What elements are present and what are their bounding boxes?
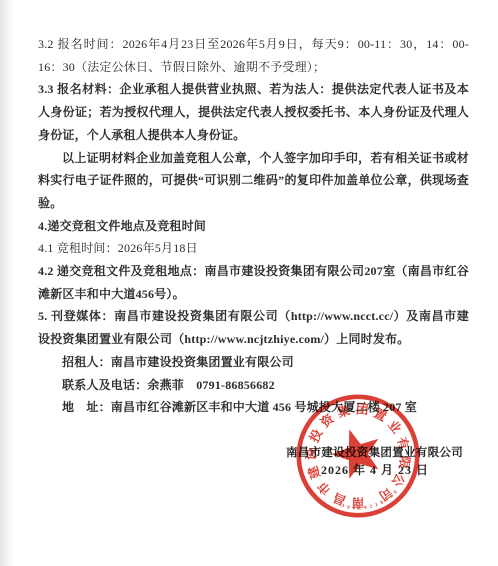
svg-text:昌: 昌 <box>331 490 348 508</box>
svg-text:市: 市 <box>314 478 334 498</box>
para-3-2-registration-time: 3.2 报名时间：2026年4月23日至2026年5月9日，每天9：00-11：… <box>38 33 469 78</box>
signature-date: 2026 年 4 月 23 日 <box>286 461 464 478</box>
svg-text:业: 业 <box>385 418 404 437</box>
scan-edge-artifact <box>0 0 15 566</box>
heading-4-submission: 4.递交竞租文件地点及竞租时间 <box>38 215 469 238</box>
svg-text:司: 司 <box>376 484 394 503</box>
svg-text:1: 1 <box>385 497 390 503</box>
seal-serial-number: 06181291093 <box>339 486 401 519</box>
svg-text:8: 8 <box>380 500 385 506</box>
svg-text:9: 9 <box>364 506 368 511</box>
svg-text:9: 9 <box>346 505 350 510</box>
svg-text:1: 1 <box>375 503 380 509</box>
para-contact-person-phone: 联系人及电话：余燕菲 0791-86856682 <box>38 374 469 397</box>
svg-text:3: 3 <box>341 504 345 510</box>
svg-text:6: 6 <box>389 494 395 500</box>
svg-text:投: 投 <box>306 426 325 444</box>
para-4-1-bidding-time: 4.1 竞租时间：2026年5月18日 <box>38 237 469 260</box>
para-lessor: 招租人：南昌市建设投资集团置业有限公司 <box>38 351 469 374</box>
para-5-publication-media: 5. 刊登媒体：南昌市建设投资集团有限公司（http://www.ncct.cc… <box>38 305 469 350</box>
para-address: 地 址：南昌市红谷滩新区丰和中大道 456 号城投大厦二楼 207 室 <box>38 396 469 419</box>
para-3-3-registration-materials: 3.3 报名材料：企业承租人提供营业执照、若为法人：提供法定代表人证书及本人身份… <box>38 78 469 146</box>
para-seal-requirement: 以上证明材料企业加盖竞租人公章，个人签字加印手印，若有相关证书或材料实行电子证件… <box>38 147 469 215</box>
svg-text:2: 2 <box>369 504 373 510</box>
svg-text:0: 0 <box>352 506 355 511</box>
signature-company-name: 南昌市建设投资集团置业有限公司 <box>286 444 464 460</box>
document-body: 3.2 报名时间：2026年4月23日至2026年5月9日，每天9：00-11：… <box>38 33 469 419</box>
svg-text:南: 南 <box>351 496 364 511</box>
svg-text:0: 0 <box>393 490 399 496</box>
para-4-2-submission-location: 4.2 递交竞租文件及竞租地点：南昌市建设投资集团有限公司207室（南昌市红谷滩… <box>38 260 469 305</box>
document-page: 3.2 报名时间：2026年4月23日至2026年5月9日，每天9：00-11：… <box>0 0 498 566</box>
svg-text:1: 1 <box>358 506 361 511</box>
